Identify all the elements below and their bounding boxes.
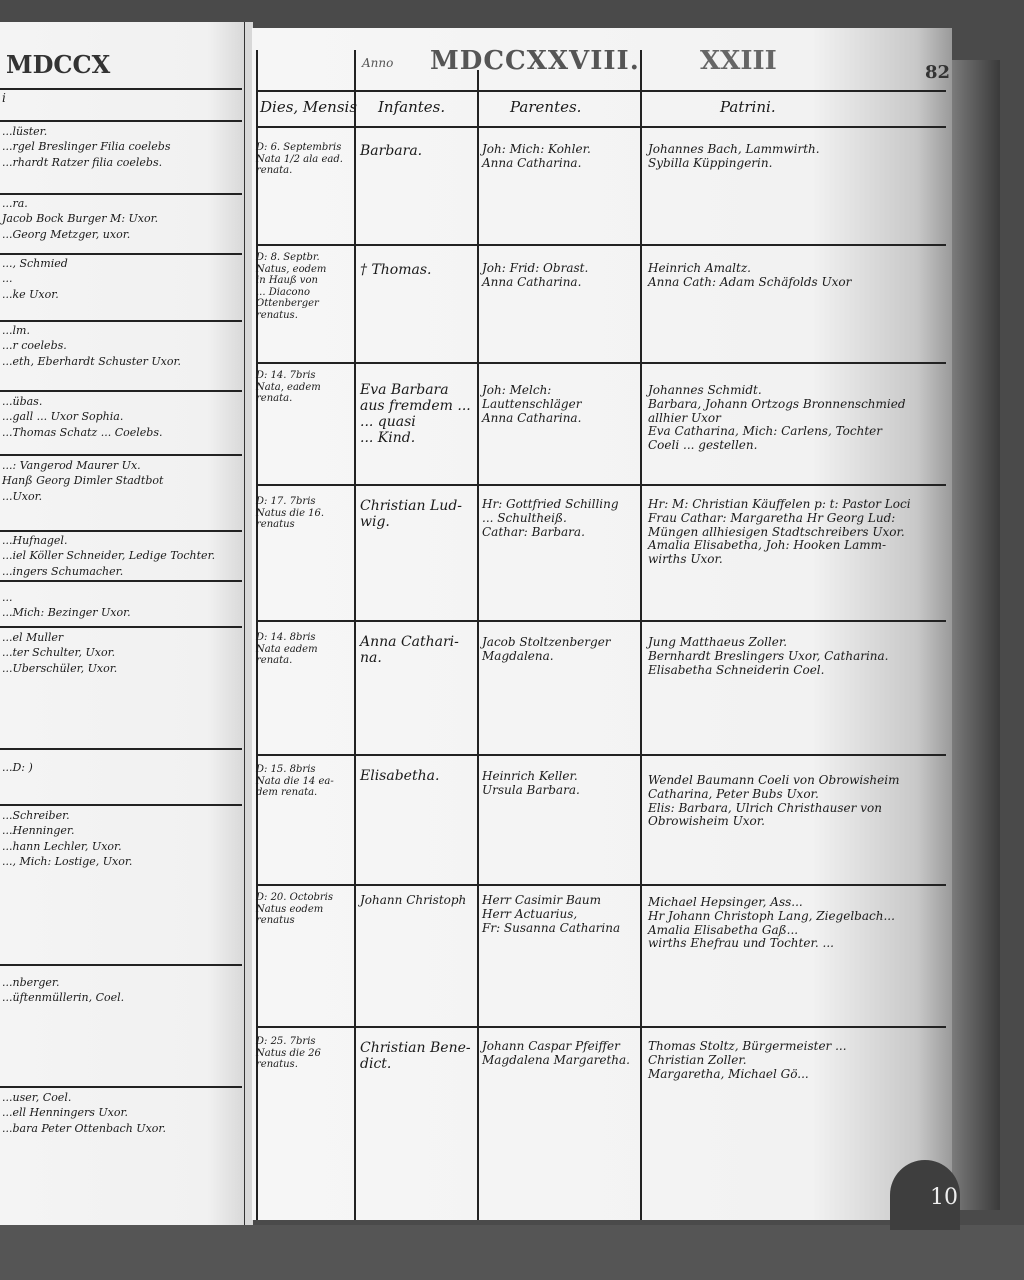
entry-date: D: 25. 7bris Natus die 26 renatus. <box>256 1036 354 1071</box>
column-rule <box>354 50 356 1220</box>
rule <box>0 1086 242 1088</box>
entry-godparents: Hr: M: Christian Käuffelen p: t: Pastor … <box>648 498 938 567</box>
entry-date: D: 15. 8bris Nata die 14 ea- dem renata. <box>256 764 354 799</box>
left-entry: ...: Vangerod Maurer Ux. Hanß Georg Diml… <box>2 458 240 504</box>
rule <box>0 120 242 122</box>
entry-parents: Jacob Stoltzenberger Magdalena. <box>482 636 638 664</box>
row-rule <box>256 620 946 622</box>
entry-date: D: 14. 7bris Nata, eadem renata. <box>256 370 354 405</box>
left-page-subheading: i <box>2 90 240 107</box>
entry-date: D: 14. 8bris Nata eadem renata. <box>256 632 354 667</box>
entry-date: D: 20. Octobris Natus eodem renatus <box>256 892 354 927</box>
entry-godparents: Jung Matthaeus Zoller. Bernhardt Breslin… <box>648 636 938 677</box>
entry-parents: Joh: Mich: Kohler. Anna Catharina. <box>482 143 638 171</box>
rule <box>0 193 242 195</box>
entry-parents: Johann Caspar Pfeiffer Magdalena Margare… <box>482 1040 638 1068</box>
left-entry: ...el Muller ...ter Schulter, Uxor. ...U… <box>2 630 240 676</box>
rule <box>0 454 242 456</box>
entry-infant: Elisabetha. <box>360 768 476 784</box>
entry-parents: Herr Casimir Baum Herr Actuarius, Fr: Su… <box>482 894 638 935</box>
rule <box>0 320 242 322</box>
entry-infant: Johann Christoph <box>360 894 476 908</box>
entry-parents: Heinrich Keller. Ursula Barbara. <box>482 770 638 798</box>
row-rule <box>256 884 946 886</box>
rule <box>0 580 242 582</box>
entry-godparents: Michael Hepsinger, Ass... Hr Johann Chri… <box>648 896 938 951</box>
entry-infant: Barbara. <box>360 143 476 159</box>
rule <box>0 88 242 90</box>
column-rule <box>640 50 642 1220</box>
column-header-date: Dies, Mensis <box>260 98 357 116</box>
left-entry: ...nberger. ...üftenmüllerin, Coel. <box>2 975 240 1006</box>
entry-infant: Christian Bene- dict. <box>360 1040 476 1072</box>
left-entry: ...lm. ...r coelebs. ...eth, Eberhardt S… <box>2 323 240 369</box>
left-entry: ..., Schmied ... ...ke Uxor. <box>2 256 240 302</box>
column-header-godparents: Patrini. <box>720 98 776 116</box>
year-prefix: Anno <box>362 56 393 70</box>
entry-infant: † Thomas. <box>360 262 476 278</box>
left-entry: ... ...Mich: Bezinger Uxor. <box>2 590 240 621</box>
entry-date: D: 17. 7bris Natus die 16. renatus <box>256 496 354 531</box>
entry-godparents: Thomas Stoltz, Bürgermeister ... Christi… <box>648 1040 938 1081</box>
row-rule <box>256 1026 946 1028</box>
header-rule <box>256 90 946 92</box>
entry-godparents: Heinrich Amaltz. Anna Cath: Adam Schäfol… <box>648 262 938 290</box>
entry-godparents: Johannes Schmidt. Barbara, Johann Ortzog… <box>648 384 938 453</box>
scan-border <box>0 1225 1024 1280</box>
entry-infant: Anna Cathari- na. <box>360 634 476 666</box>
entry-godparents: Wendel Baumann Coeli von Obrowisheim Cat… <box>648 774 938 829</box>
entry-parents: Hr: Gottfried Schilling ... Schultheiß. … <box>482 498 638 539</box>
row-rule <box>256 362 946 364</box>
entry-parents: Joh: Melch: Lauttenschläger Anna Cathari… <box>482 384 638 425</box>
column-header-infants: Infantes. <box>378 98 445 116</box>
folio-number: 10 <box>930 1185 958 1210</box>
row-rule <box>256 484 946 486</box>
rule <box>0 253 242 255</box>
left-entry: ...Hufnagel. ...iel Köller Schneider, Le… <box>2 533 240 579</box>
left-entry: ...lüster. ...rgel Breslinger Filia coel… <box>2 124 240 170</box>
row-rule <box>256 754 946 756</box>
rule <box>0 626 242 628</box>
left-page-year-heading: MDCCX <box>6 50 110 79</box>
row-rule <box>256 244 946 246</box>
rule <box>0 530 242 532</box>
column-header-parents: Parentes. <box>510 98 581 116</box>
year-heading: MDCCXXVIII. <box>430 46 640 76</box>
rule <box>0 390 242 392</box>
entry-date: D: 8. Septbr. Natus, eodem in Hauß von .… <box>256 252 354 321</box>
left-entry: ...D: ) <box>2 760 240 775</box>
rule <box>0 748 242 750</box>
entry-godparents: Johannes Bach, Lammwirth. Sybilla Küppin… <box>648 143 938 171</box>
left-entry: ...ra. Jacob Bock Burger M: Uxor. ...Geo… <box>2 196 240 242</box>
page-number-mark: 82 <box>925 62 950 83</box>
left-entry: ...übas. ...gall ... Uxor Sophia. ...Tho… <box>2 394 240 440</box>
left-entry: ...user, Coel. ...ell Henningers Uxor. .… <box>2 1090 240 1136</box>
year-suffix: XXIII <box>700 46 777 76</box>
entry-infant: Christian Lud- wig. <box>360 498 476 530</box>
entry-infant: Eva Barbara aus fremdem ... ... quasi ..… <box>360 382 476 446</box>
rule <box>0 804 242 806</box>
column-rule <box>477 70 479 1220</box>
left-entry: ...Schreiber. ...Henninger. ...hann Lech… <box>2 808 240 870</box>
entry-date: D: 6. Septembris Nata 1/2 ala ead. renat… <box>256 142 354 177</box>
rule <box>0 964 242 966</box>
header-rule <box>256 126 946 128</box>
entry-parents: Joh: Frid: Obrast. Anna Catharina. <box>482 262 638 290</box>
